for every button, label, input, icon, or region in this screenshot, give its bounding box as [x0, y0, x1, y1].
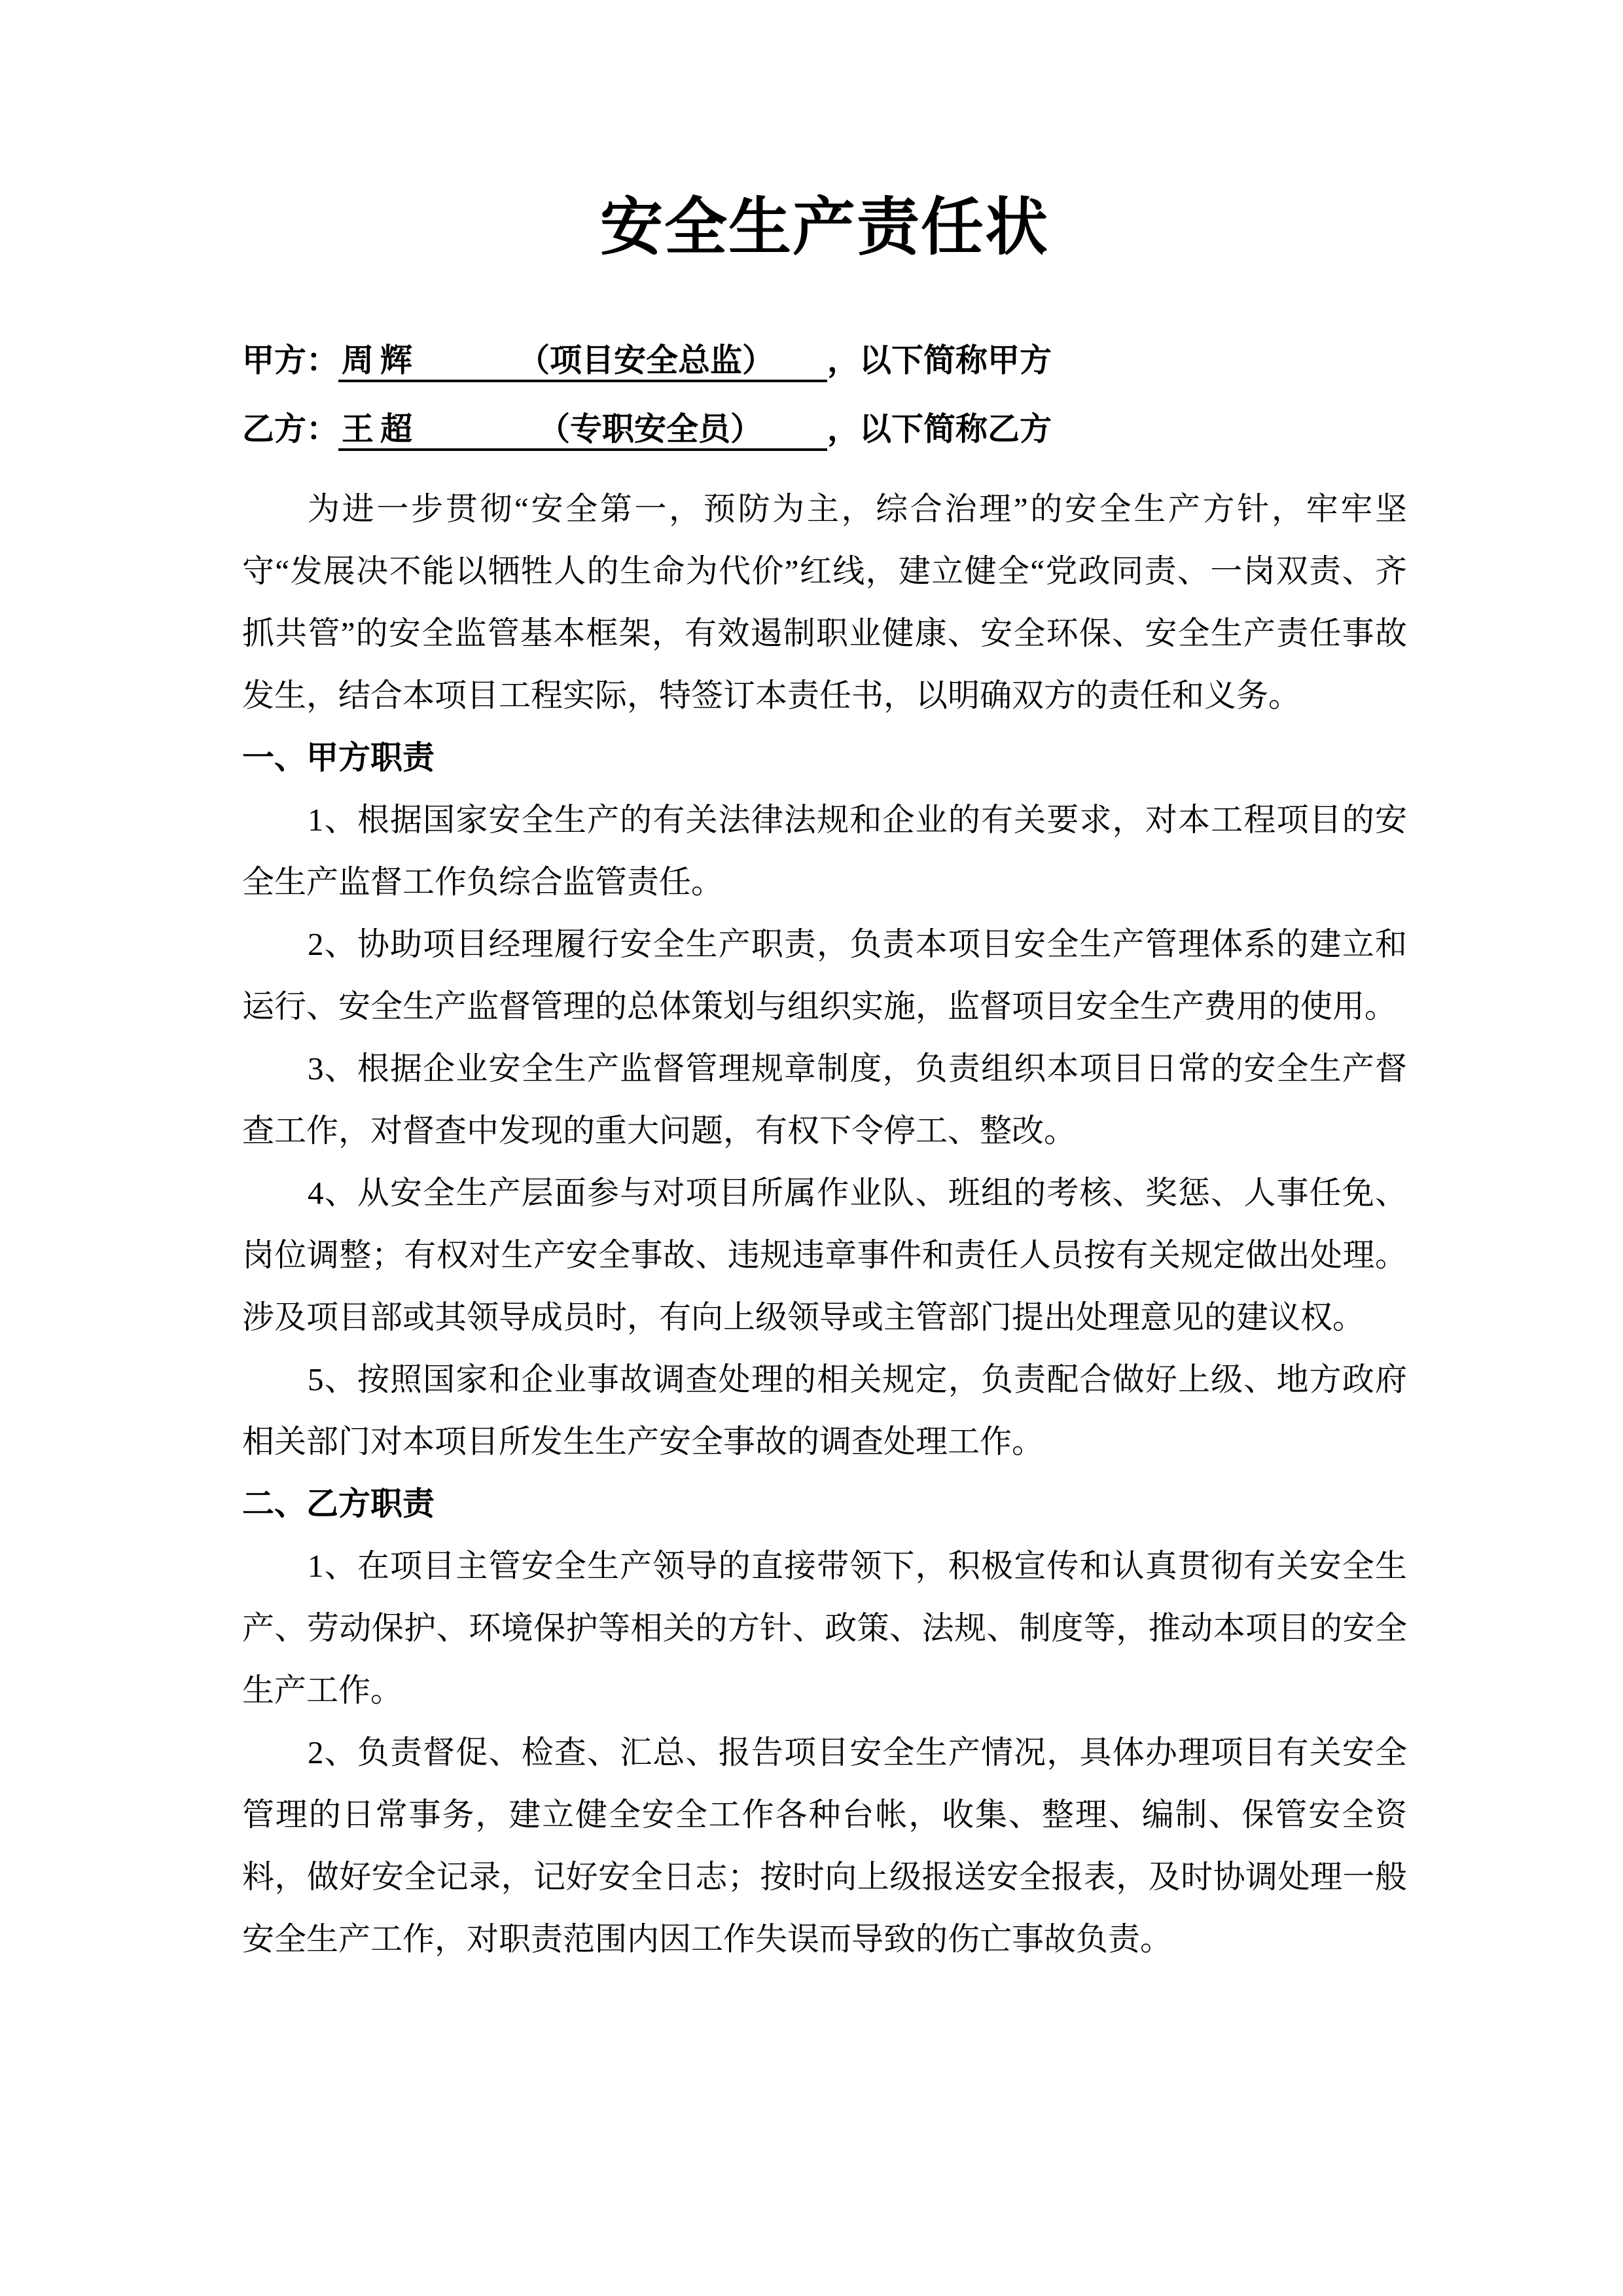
party-b-role: （专职安全员）: [538, 411, 762, 447]
party-b-suffix: ，以下简称乙方: [827, 411, 1052, 447]
party-b-name: 王超: [342, 411, 419, 447]
party-a-row: 甲方：周辉（项目安全总监），以下简称甲方: [242, 326, 1407, 395]
section-1-item-2: 2、协助项目经理履行安全生产职责，负责本项目安全生产管理体系的建立和运行、安全生…: [242, 913, 1407, 1037]
document-page: 安全生产责任状 甲方：周辉（项目安全总监），以下简称甲方 乙方：王超（专职安全员…: [0, 0, 1623, 2296]
party-a-name: 周辉: [342, 342, 419, 378]
section-1-item-4: 4、从安全生产层面参与对项目所属作业队、班组的考核、奖惩、人事任免、岗位调整；有…: [242, 1162, 1407, 1348]
party-a-label: 甲方：: [242, 342, 338, 378]
section-2-item-1: 1、在项目主管安全生产领导的直接带领下，积极宣传和认真贯彻有关安全生产、劳动保护…: [242, 1535, 1407, 1721]
party-b-underline: 王超（专职安全员）: [338, 410, 827, 451]
section-2-item-2: 2、负责督促、检查、汇总、报告项目安全生产情况，具体办理项目有关安全管理的日常事…: [242, 1721, 1407, 1970]
party-a-role: （项目安全总监）: [518, 342, 774, 378]
document-title: 安全生产责任状: [242, 187, 1407, 268]
section-2-heading: 二、乙方职责: [242, 1473, 1407, 1535]
party-b-row: 乙方：王超（专职安全员），以下简称乙方: [242, 395, 1407, 463]
party-b-label: 乙方：: [242, 411, 338, 447]
document-body: 为进一步贯彻“安全第一，预防为主，综合治理”的安全生产方针，牢牢坚守“发展决不能…: [242, 478, 1407, 1970]
section-1-item-1: 1、根据国家安全生产的有关法律法规和企业的有关要求，对本工程项目的安全生产监督工…: [242, 789, 1407, 913]
section-1-item-3: 3、根据企业安全生产监督管理规章制度，负责组织本项目日常的安全生产督查工作，对督…: [242, 1037, 1407, 1162]
section-1-heading: 一、甲方职责: [242, 726, 1407, 789]
intro-paragraph: 为进一步贯彻“安全第一，预防为主，综合治理”的安全生产方针，牢牢坚守“发展决不能…: [242, 478, 1407, 726]
party-a-underline: 周辉（项目安全总监）: [338, 342, 827, 382]
party-a-suffix: ，以下简称甲方: [827, 342, 1052, 378]
section-1-item-5: 5、按照国家和企业事故调查处理的相关规定，负责配合做好上级、地方政府相关部门对本…: [242, 1348, 1407, 1473]
parties-block: 甲方：周辉（项目安全总监），以下简称甲方 乙方：王超（专职安全员），以下简称乙方: [242, 326, 1407, 463]
